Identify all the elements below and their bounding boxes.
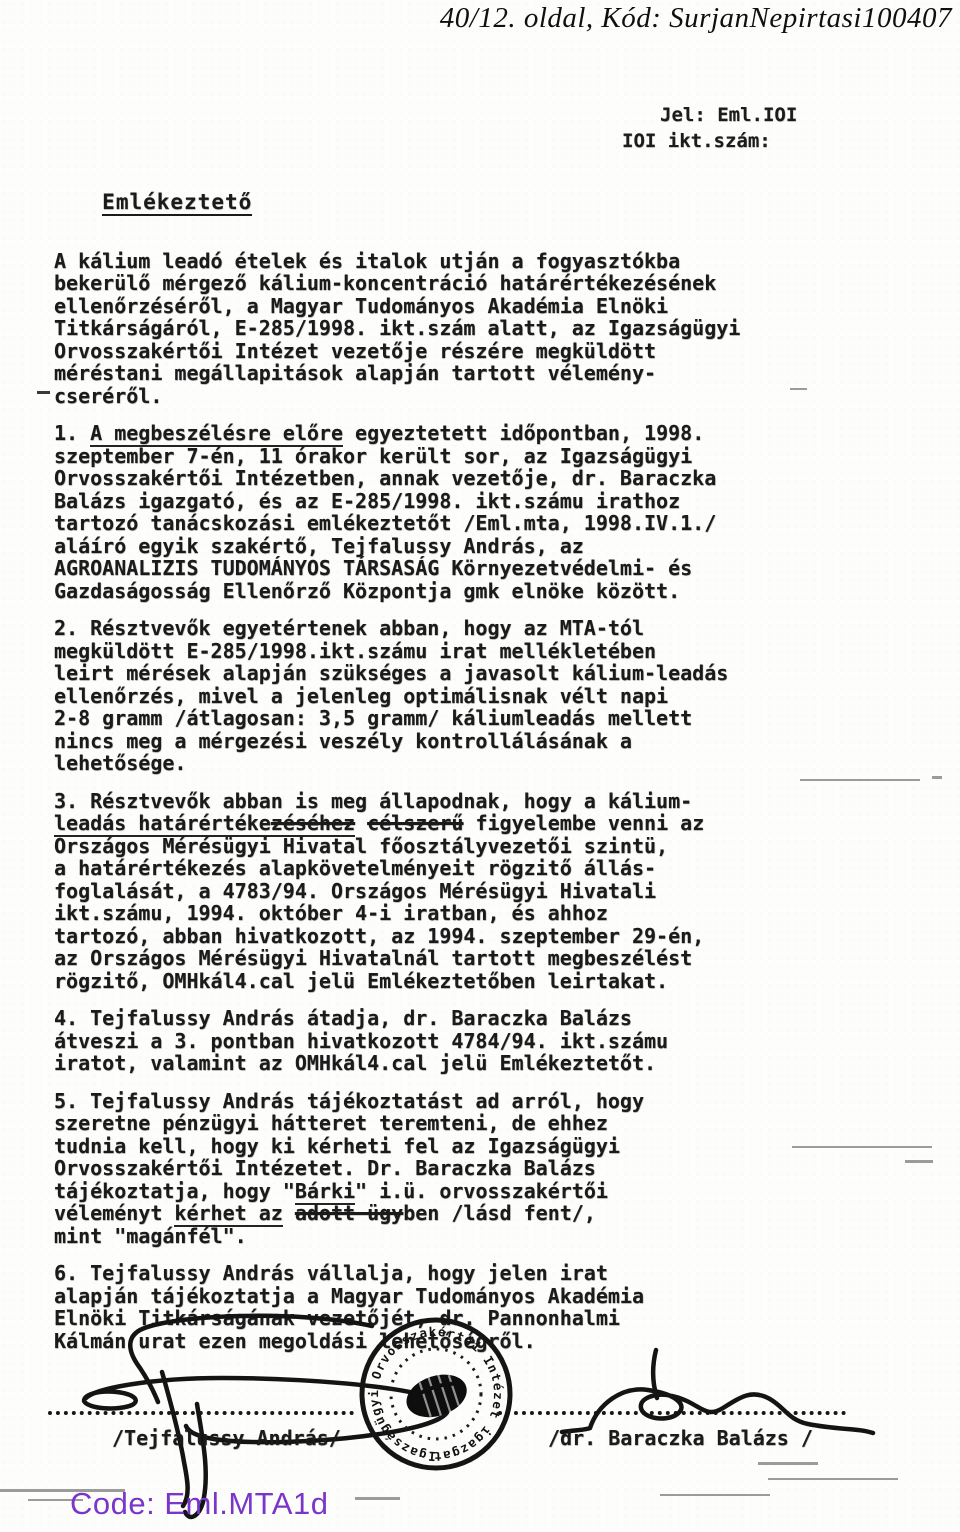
typed-line: A kálium leadó ételek és italok utján a … xyxy=(54,250,834,273)
margin-dash-artifact xyxy=(37,391,50,394)
intro-paragraph: A kálium leadó ételek és italok utján a … xyxy=(54,250,834,408)
typed-line: tudnia kell, hogy ki kérheti fel az Igaz… xyxy=(54,1135,834,1158)
typed-segment: 6. Tejfalussy András vállalja, hogy jele… xyxy=(54,1261,608,1285)
typed-line: 6. Tejfalussy András vállalja, hogy jele… xyxy=(54,1262,834,1285)
typed-segment: szeptember 7-én, 11 órakor került sor, a… xyxy=(54,444,692,468)
typed-segment: leirt mérések alapján szükséges a javaso… xyxy=(54,661,728,685)
typed-segment: 2-8 gramm /átlagosan: 3,5 gramm/ káliuml… xyxy=(54,706,692,730)
typed-line: nincs meg a mérgezési veszély kontrollál… xyxy=(54,730,834,753)
typed-segment-marked: adott ügy xyxy=(295,1201,403,1225)
typed-line: 3. Résztvevők abban is meg állapodnak, h… xyxy=(54,790,834,813)
typed-line: iratot, valamint az OMHkál4.cal jelü Eml… xyxy=(54,1052,834,1075)
archive-code: Code: Eml.MTA1d xyxy=(70,1486,328,1522)
typed-segment: az Országos Mérésügyi Hivatalnál tartott… xyxy=(54,946,692,970)
typed-line: ikt.számu, 1994. október 4-i iratban, és… xyxy=(54,902,834,925)
typed-segment: Orvosszakértői Intézetben, annak vezetőj… xyxy=(54,466,716,490)
typed-segment: átveszi a 3. pontban hivatkozott 4784/94… xyxy=(54,1029,668,1053)
typed-line: 2-8 gramm /átlagosan: 3,5 gramm/ káliuml… xyxy=(54,707,834,730)
typed-segment: szeretne pénzügyi hátteret teremteni, de… xyxy=(54,1111,608,1135)
typed-line: Orvosszakértői Intézetben, annak vezetőj… xyxy=(54,467,834,490)
typed-segment: 4. Tejfalussy András átadja, dr. Baraczk… xyxy=(54,1006,632,1030)
point-1: 1. A megbeszélésre előre egyeztetett idő… xyxy=(54,422,834,602)
typed-segment: A kálium leadó ételek és italok utján a … xyxy=(54,249,680,273)
typed-line: tartozó, abban hivatkozott, az 1994. sze… xyxy=(54,925,834,948)
typed-line: megküldött E-285/1998.ikt.számu irat mel… xyxy=(54,640,834,663)
typed-line: 1. A megbeszélésre előre egyeztetett idő… xyxy=(54,422,834,445)
point-4: 4. Tejfalussy András átadja, dr. Baraczk… xyxy=(54,1007,834,1075)
typed-segment: megküldött E-285/1998.ikt.számu irat mel… xyxy=(54,639,656,663)
typed-segment: méréstani megállapitások alapján tartott… xyxy=(54,361,656,385)
typed-segment: ben /lásd fent/, xyxy=(403,1201,596,1225)
typed-segment: AGROANALIZIS TUDOMÁNYOS TÁRSASÁG Környez… xyxy=(54,556,692,580)
typed-segment: foglalását, a 4783/94. Országos Mérésügy… xyxy=(54,879,656,903)
scan-dash-artifact xyxy=(790,388,807,390)
signature-name-left: /Tejfalussy András/ xyxy=(112,1426,341,1450)
typed-segment: 3. Résztvevők abban is meg állapodnak, h… xyxy=(54,789,692,813)
typed-segment: ikt.számu, 1994. október 4-i iratban, és… xyxy=(54,901,608,925)
typed-segment: Gazdaságosság Ellenőrző Központja gmk el… xyxy=(54,579,680,603)
typed-segment: figyelembe venni az xyxy=(463,811,704,835)
right-signature-scrawl xyxy=(562,1350,873,1433)
typed-line: Gazdaságosság Ellenőrző Központja gmk el… xyxy=(54,580,834,603)
typed-line: bekerülő mérgező kálium-koncentráció hat… xyxy=(54,272,834,295)
typed-line: méréstani megállapitások alapján tartott… xyxy=(54,362,834,385)
scan-dash-artifact xyxy=(932,776,942,779)
typed-line: ellenőrzés, mivel a jelenleg optimálisna… xyxy=(54,685,834,708)
point-5: 5. Tejfalussy András tájékoztatást ad ar… xyxy=(54,1090,834,1248)
typed-line: cseréről. xyxy=(54,385,834,408)
typed-line: tájékoztatja, hogy "Bárki" i.ü. orvossza… xyxy=(54,1180,834,1203)
typed-segment: bekerülő mérgező kálium-koncentráció hat… xyxy=(54,271,716,295)
typed-segment: tartozó, abban hivatkozott, az 1994. sze… xyxy=(54,924,704,948)
typed-segment: véleményt xyxy=(54,1201,174,1225)
document-paragraphs: A kálium leadó ételek és italok utján a … xyxy=(54,250,834,1353)
typed-segment: tudnia kell, hogy ki kérheti fel az Igaz… xyxy=(54,1134,620,1158)
typed-segment: Orvosszakértői Intézetet. Dr. Baraczka B… xyxy=(54,1156,596,1180)
typed-segment: a határértékezés alapkövetelményeit rögz… xyxy=(54,856,656,880)
point-3: 3. Résztvevők abban is meg állapodnak, h… xyxy=(54,790,834,993)
typed-line: véleményt kérhet az adott ügyben /lásd f… xyxy=(54,1202,834,1225)
typed-line: leirt mérések alapján szükséges a javaso… xyxy=(54,662,834,685)
typed-line: 4. Tejfalussy András átadja, dr. Baraczk… xyxy=(54,1007,834,1030)
typed-line: Balázs igazgató, és az E-285/1998. ikt.s… xyxy=(54,490,834,513)
typed-segment: Orvosszakértői Intézet vezetője részére … xyxy=(54,339,656,363)
typed-line: ellenőrzéséről, a Magyar Tudományos Akad… xyxy=(54,295,834,318)
typed-segment: lehetősége. xyxy=(54,751,186,775)
typed-segment: nincs meg a mérgezési veszély kontrollál… xyxy=(54,729,632,753)
reference-jel: Jel: Eml.IOI xyxy=(660,102,797,128)
typed-line: aláíró egyik szakértő, Tejfalussy András… xyxy=(54,535,834,558)
typed-line: rögzitő, OMHkál4.cal jelü Emlékeztetőben… xyxy=(54,970,834,993)
typed-line: Orvosszakértői Intézetet. Dr. Baraczka B… xyxy=(54,1157,834,1180)
typed-segment: 1. xyxy=(54,421,90,445)
reference-block: Jel: Eml.IOI IOI ikt.szám: xyxy=(622,102,797,154)
typed-line: leadás határértékezéséhez célszerű figye… xyxy=(54,812,834,835)
typed-segment: cseréről. xyxy=(54,384,162,408)
page-header: 40/12. oldal, Kód: SurjanNepirtasi100407 xyxy=(440,2,952,35)
typed-segment: 2. Résztvevők egyetértenek abban, hogy a… xyxy=(54,616,644,640)
reference-iktszam: IOI ikt.szám: xyxy=(622,128,797,154)
document-body: Emlékeztető A kálium leadó ételek és ita… xyxy=(54,168,834,1412)
typed-line: szeptember 7-én, 11 órakor került sor, a… xyxy=(54,445,834,468)
typed-segment: egyeztetett időpontban, 1998. xyxy=(343,421,704,445)
typed-line: szeretne pénzügyi hátteret teremteni, de… xyxy=(54,1112,834,1135)
typed-segment: ellenőrzés, mivel a jelenleg optimálisna… xyxy=(54,684,668,708)
signature-name-right: /dr. Baraczka Balázs / xyxy=(548,1426,813,1450)
typed-line: mint "magánfél". xyxy=(54,1225,834,1248)
document-title: Emlékeztető xyxy=(102,191,252,217)
typed-line: Orvosszakértői Intézet vezetője részére … xyxy=(54,340,834,363)
official-stamp: Igazságügyi Orvosszakértői Intézet igazg… xyxy=(352,1310,520,1478)
typed-segment: rögzitő, OMHkál4.cal jelü Emlékeztetőben… xyxy=(54,969,668,993)
typed-segment xyxy=(283,1201,295,1225)
typed-line: az Országos Mérésügyi Hivatalnál tartott… xyxy=(54,947,834,970)
typed-line: AGROANALIZIS TUDOMÁNYOS TÁRSASÁG Környez… xyxy=(54,557,834,580)
typed-segment-marked: célszerű xyxy=(367,811,463,835)
typed-line: lehetősége. xyxy=(54,752,834,775)
typed-line: 5. Tejfalussy András tájékoztatást ad ar… xyxy=(54,1090,834,1113)
typed-line: foglalását, a 4783/94. Országos Mérésügy… xyxy=(54,880,834,903)
typed-line: Titkárságáról, E-285/1998. ikt.szám alat… xyxy=(54,317,834,340)
typed-segment: iratot, valamint az OMHkál4.cal jelü Eml… xyxy=(54,1051,656,1075)
typed-segment: mint "magánfél". xyxy=(54,1224,247,1248)
typed-segment: 5. Tejfalussy András tájékoztatást ad ar… xyxy=(54,1089,644,1113)
typed-line: 2. Résztvevők egyetértenek abban, hogy a… xyxy=(54,617,834,640)
typed-segment: ellenőrzéséről, a Magyar Tudományos Akad… xyxy=(54,294,668,318)
typed-segment: Balázs igazgató, és az E-285/1998. ikt.s… xyxy=(54,489,680,513)
typed-segment xyxy=(355,811,367,835)
typed-segment: aláíró egyik szakértő, Tejfalussy András… xyxy=(54,534,584,558)
typed-line: a határértékezés alapkövetelményeit rögz… xyxy=(54,857,834,880)
typed-line: tartozó tanácskozási emlékeztetőt /Eml.m… xyxy=(54,512,834,535)
scan-dash-artifact xyxy=(905,1160,933,1163)
typed-line: Országos Mérésügyi Hivatal főosztályveze… xyxy=(54,835,834,858)
typed-segment: tartozó tanácskozási emlékeztetőt /Eml.m… xyxy=(54,511,716,535)
scanned-page: 40/12. oldal, Kód: SurjanNepirtasi100407… xyxy=(0,0,960,1532)
typed-segment: Országos Mérésügyi Hivatal főosztályveze… xyxy=(54,834,668,858)
point-2: 2. Résztvevők egyetértenek abban, hogy a… xyxy=(54,617,834,775)
scan-dash-artifact xyxy=(800,779,920,781)
typed-segment: tájékoztatja, hogy " xyxy=(54,1179,295,1203)
typed-segment: " i.ü. orvosszakértői xyxy=(355,1179,608,1203)
typed-segment: Titkárságáról, E-285/1998. ikt.szám alat… xyxy=(54,316,740,340)
scan-dash-artifact xyxy=(792,1146,932,1148)
typed-line: átveszi a 3. pontban hivatkozott 4784/94… xyxy=(54,1030,834,1053)
stamp-coat-of-arms xyxy=(401,1367,472,1424)
